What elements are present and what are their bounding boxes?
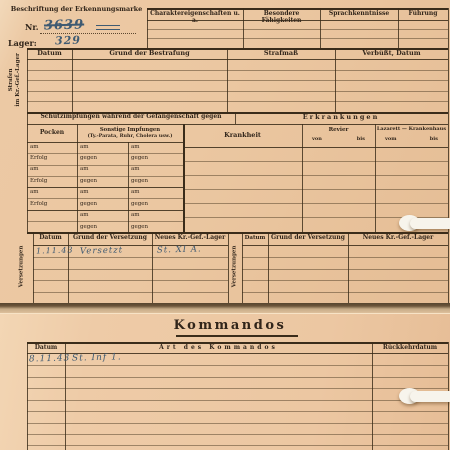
punishments-col-datum: Datum [28,50,71,57]
transfers-row-line [242,280,448,281]
transfers-row-line [242,292,448,293]
transfers-vline [68,232,69,303]
traits-col-conduct: Führung [399,11,447,18]
illness-vline [375,124,376,232]
traits-row-line [147,29,448,30]
kommando-entry-type: St. Inf 1. [72,352,122,363]
upper-card: Beschriftung der Erkennungsmarke Nr. 363… [0,0,450,306]
revier-vonbis: von bis [303,136,374,142]
lower-card: Kommandos Datum Art des Kommandos Rückke… [0,313,450,450]
punishments-col-strafmass: Strafmaß [228,50,334,57]
traits-col-character: Charaktereigenschaften u. a. [148,11,242,25]
kommando-entry-date: 8.11.43 [29,353,71,364]
pocken-row-label: Erfolg [30,155,47,161]
impf-b-row-label: gegen [131,178,148,184]
transfers-col-datum-left: Datum [34,235,67,242]
transfers-row-line [33,257,228,258]
lager-label: Lager: [8,39,37,48]
punishments-col-grund: Grund der Bestrafung [73,50,226,57]
punishments-row-line [27,91,448,92]
punishments-side-label-line1: Strafen [8,68,14,91]
impf-a-row-label: gegen [80,201,97,207]
transfers-col-lager-right: Neues Kr.-Gef.-Lager [349,235,447,242]
impf-a-row-label: am [80,166,89,172]
illness-col-krankheit: Krankheit [184,132,301,139]
transfers-row-line [242,257,448,258]
vacc-row-line [27,221,183,222]
transfers-col-lager-left: Neues Kr.-Gef.-Lager [153,235,227,242]
nr-cancel-line-1 [96,25,120,26]
kommandos-col-datum: Datum [28,345,64,352]
punishments-vline [335,48,336,112]
vacc-row-line [27,165,183,166]
impf-a-row-label: am [80,189,89,195]
transfers-row-line [242,269,448,270]
transfer-entry-camp: St. XI A. [157,244,202,255]
transfers-col-grund-right: Grund der Versetzung [269,235,347,242]
vacc-headerA-line [27,124,448,125]
kommandos-col-rueckkehr: Rückkehrdatum [373,345,447,352]
traits-row-line [147,38,448,39]
impf-b-row-label: am [131,166,140,172]
kommandos-vline [27,342,28,450]
pocken-row-label: am [30,144,39,150]
illness-row-line [183,203,448,204]
lazarett-vom: vom [385,136,397,142]
vacc-row-line [27,153,183,154]
kommandos-row-line [27,434,448,435]
illness-col-revier: Revier [303,127,374,133]
vacc-row-line [27,210,183,211]
transfers-side-label-left: Versetzungen [19,231,26,301]
punishments-header-line [27,59,448,60]
punishments-row-line [27,70,448,71]
illness-header-line [183,147,448,148]
nr-label: Nr. [25,23,39,32]
transfers-vline [242,232,243,303]
torn-notch-lower-stem [410,391,450,402]
impf-a-row-label: am [80,144,89,150]
transfers-side-label-middle: Versetzungen [232,231,239,301]
impf-a-row-label: gegen [80,155,97,161]
kommandos-row-line [27,445,448,446]
id-block-title: Beschriftung der Erkennungsmarke [10,6,143,13]
illness-col-lazarett: Lazarett — Krankenhaus [376,127,447,133]
kommandos-row-line [27,400,448,401]
pocken-row-label: Erfolg [30,178,47,184]
kommandos-row-line [27,365,448,366]
transfers-header-line-right [242,245,448,246]
revier-von: von [312,136,322,142]
torn-notch-upper-stem [410,218,450,229]
transfers-row-line [33,292,228,293]
transfers-row-line [33,269,228,270]
pow-record-card-scan: Beschriftung der Erkennungsmarke Nr. 363… [0,0,450,450]
vacc-col-sonstige-line2: (Ty.-Parata, Ruhr, Cholera usw.) [87,133,172,139]
traits-col-languages: Sprachkenntnisse [321,11,397,18]
vacc-headerB-line [27,142,183,143]
transfers-vline [268,232,269,303]
kommandos-title: Kommandos [110,319,350,334]
transfers-col-datum-right: Datum [242,235,268,241]
illness-row-line [183,161,448,162]
punishments-side-label-line2: im Kr.-Gef.-Lager [15,53,21,106]
punishments-vline [227,48,228,112]
vacc-vline [77,124,78,232]
punishments-col-verbuesst: Verbüßt, Datum [336,50,447,57]
punishments-row-line [27,101,448,102]
transfers-vline [348,232,349,303]
kommandos-row-line [27,411,448,412]
transfers-vline [152,232,153,303]
pocken-row-label: am [30,189,39,195]
transfers-col-grund-left: Grund der Versetzung [69,235,151,242]
impf-b-row-label: am [131,144,140,150]
impf-b-row-label: gegen [131,224,148,230]
vacc-row-line [27,198,183,199]
impf-a-row-label: gegen [80,224,97,230]
transfers-row-line [33,280,228,281]
impf-a-row-label: am [80,212,89,218]
kommandos-row-line [27,423,448,424]
kommandos-row-line [27,377,448,378]
vacc-col-sonstige: Sonstige Impfungen (Ty.-Parata, Ruhr, Ch… [78,127,182,140]
lazarett-bis: bis [430,136,438,142]
impf-a-row-label: gegen [80,178,97,184]
illness-row-line [183,189,448,190]
kommandos-col-art: Art des Kommandos [66,345,371,352]
lazarett-vonbis: vom bis [376,136,447,142]
vacc-col-pocken: Pocken [28,130,76,137]
pocken-row-label: am [30,166,39,172]
vacc-vline [128,142,129,232]
table-left-border [27,48,28,232]
transfers-vline [228,232,229,303]
vacc-section-header: Schutzimpfungen während der Gefangenscha… [28,114,234,121]
nr-cancel-line-2 [96,29,120,30]
card-right-border [448,8,449,303]
revier-bis: bis [357,136,365,142]
illness-vline [302,124,303,232]
pocken-row-label: Erfolg [30,201,47,207]
illness-row-line [183,175,448,176]
impf-b-row-label: am [131,212,140,218]
vacc-row-line [27,176,183,177]
punishments-row-line [27,80,448,81]
illness-section-header: Erkrankungen [236,114,446,121]
transfer-entry-date: 1.11.43 [36,246,74,256]
punishments-vline [72,48,73,112]
kommandos-vline [372,342,373,450]
vacc-row-line [27,187,183,188]
lager-value-handwritten: 329 [55,34,81,48]
impf-b-row-label: am [131,189,140,195]
traits-col-abilities: Besondere Fähigkeiten [244,11,319,25]
vacc-vline [183,124,185,232]
impf-b-row-label: gegen [131,201,148,207]
kommandos-title-underline [176,335,298,337]
punishments-side-label: Strafen im Kr.-Gef.-Lager [8,48,22,112]
kommandos-row-line [27,388,448,389]
transfers-vline [33,232,34,303]
transfer-entry-reason: Versetzt [80,245,123,256]
card-edge-shadow [0,303,450,313]
impf-b-row-label: gegen [131,155,148,161]
